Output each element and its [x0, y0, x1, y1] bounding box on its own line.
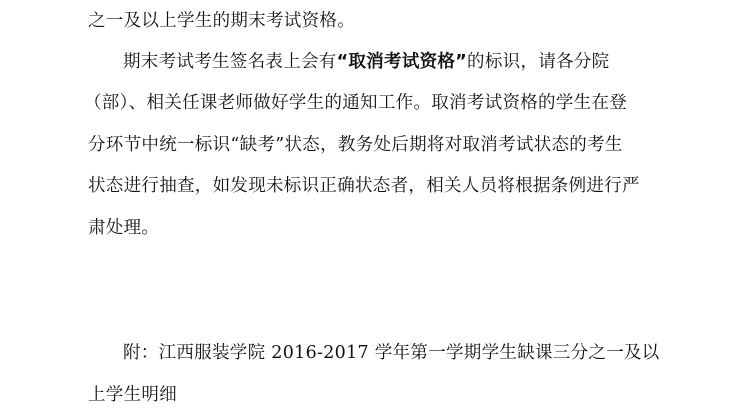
- paragraph-2-text-tail: 的标识，请各分院: [467, 52, 609, 72]
- paragraph-2-line-2: （部）、相关任课老师做好学生的通知工作。取消考试资格的学生在登: [84, 91, 627, 115]
- quote-open: “: [337, 52, 349, 72]
- attachment-line-1: 附：江西服装学院 2016-2017 学年第一学期学生缺课三分之一及以: [123, 341, 660, 365]
- attachment-line-2: 上学生明细: [88, 383, 177, 407]
- paragraph-1-line-1: 之一及以上学生的期末考试资格。: [88, 9, 355, 33]
- paragraph-2-line-3: 分环节中统一标识“缺考”状态，教务处后期将对取消考试状态的考生: [88, 133, 623, 157]
- paragraph-2-line-1: 期末考试考生签名表上会有“取消考试资格”的标识，请各分院: [123, 50, 609, 74]
- paragraph-2-line-5: 肃处理。: [88, 216, 159, 240]
- quote-close: ”: [455, 52, 467, 72]
- document-page: 之一及以上学生的期末考试资格。 期末考试考生签名表上会有“取消考试资格”的标识，…: [0, 0, 750, 417]
- bold-emphasis: 取消考试资格: [348, 52, 455, 72]
- paragraph-2-line-4: 状态进行抽查，如发现未标识正确状态者，相关人员将根据条例进行严: [88, 174, 640, 198]
- paragraph-2-text: 期末考试考生签名表上会有: [123, 52, 337, 72]
